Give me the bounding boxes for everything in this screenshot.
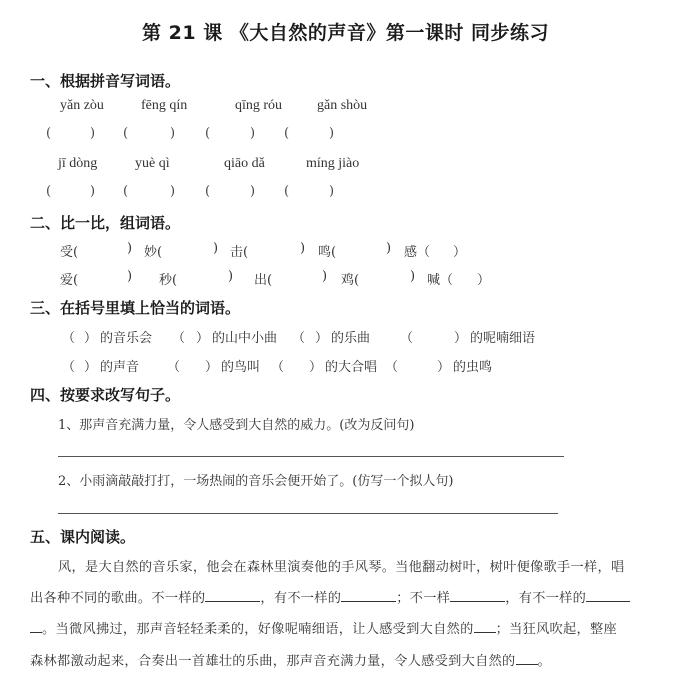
char-prompt: 击( [230,241,248,260]
reading-text: 出各种不同的歌曲。不一样的 [30,591,205,606]
paren-close: ） [309,356,322,375]
paren-open: （ [292,327,305,346]
answer-paren-open: ( [123,184,128,199]
reading-text: ，有不一样的 [505,591,586,606]
pinyin-item: yuè qì [135,156,170,172]
blank-5[interactable] [474,620,496,633]
answer-paren-open: ( [205,184,210,199]
blank-6[interactable] [516,652,538,665]
pinyin-item: gǎn shòu [317,98,367,114]
paren-open: （ [62,327,75,346]
char-prompt: 鸡( [341,269,359,288]
reading-text: 。 [538,654,552,669]
answer-paren-close: ) [170,126,175,141]
paren-close: ) [322,269,327,284]
paren-close: ） [477,269,490,288]
page-title: 第 21 课 《大自然的声音》第一课时 同步练习 [0,18,691,45]
phrase: 的乐曲 [331,327,370,346]
reading-line-3: 。当微风拂过，那声音轻轻柔柔的，好像呢喃细语，让人感受到大自然的；当狂风吹起，整… [30,618,617,637]
paren-close: ) [410,269,415,284]
rewrite-question-2: 2、小雨滴敲敲打打，一场热闹的音乐会便开始了。(仿写一个拟人句) [58,470,453,489]
pinyin-item: jī dòng [58,156,97,172]
paren-open: （ [400,327,413,346]
paren-open: （ [62,356,75,375]
section-3-heading: 三、在括号里填上恰当的词语。 [30,297,240,318]
paren-close: ) [228,269,233,284]
paren-close: ） [315,327,328,346]
reading-text: ；当狂风吹起，整座 [496,622,617,637]
paren-close: ） [454,327,467,346]
paren-close: ） [437,356,450,375]
phrase: 的大合唱 [325,356,377,375]
answer-paren-close: ) [90,184,95,199]
reading-text: ；不一样 [396,591,450,606]
answer-paren-open: ( [46,126,51,141]
paren-open: （ [167,356,180,375]
char-prompt: 妙( [144,241,162,260]
phrase: 的鸟叫 [221,356,260,375]
blank-4[interactable] [586,589,630,602]
paren-close: ） [205,356,218,375]
paren-close: ) [386,241,391,256]
paren-close: ) [300,241,305,256]
rewrite-question-1: 1、那声音充满力量，令人感受到大自然的威力。(改为反问句) [58,414,414,433]
blank-3[interactable] [450,589,505,602]
paren-close: ） [453,241,466,260]
phrase: 的山中小曲 [212,327,277,346]
phrase: 的呢喃细语 [470,327,535,346]
pinyin-item: yǎn zòu [60,98,104,114]
paren-close: ） [84,327,97,346]
pinyin-item: qiāo dǎ [224,156,265,172]
reading-text: 。当微风拂过，那声音轻轻柔柔的，好像呢喃细语，让人感受到大自然的 [42,622,474,637]
char-prompt: 出( [254,269,272,288]
answer-line-1[interactable] [58,456,564,457]
paren-open: （ [271,356,284,375]
pinyin-item: qīng róu [235,98,282,114]
reading-text: ，有不一样的 [260,591,341,606]
phrase: 的音乐会 [100,327,152,346]
char-prompt: 秒( [159,269,177,288]
paren-close: ) [127,269,132,284]
char-prompt: 受( [60,241,78,260]
answer-paren-close: ) [329,184,334,199]
paren-open: （ [172,327,185,346]
reading-line-2: 出各种不同的歌曲。不一样的，有不一样的；不一样，有不一样的 [30,587,630,606]
answer-paren-close: ) [170,184,175,199]
paren-close: ） [84,356,97,375]
paren-close: ) [127,241,132,256]
paren-close: ) [213,241,218,256]
char-prompt: 爱( [60,269,78,288]
paren-open: （ [385,356,398,375]
answer-paren-open: ( [284,184,289,199]
section-4-heading: 四、按要求改写句子。 [30,384,180,405]
reading-text: 森林都激动起来，合奏出一首雄壮的乐曲，那声音充满力量，令人感受到大自然的 [30,654,516,669]
char-prompt: 感（ [404,241,430,260]
pinyin-item: fēng qín [141,98,187,114]
paren-close: ） [196,327,209,346]
pinyin-item: míng jiào [306,156,359,172]
section-1-heading: 一、根据拼音写词语。 [30,70,180,91]
answer-paren-close: ) [90,126,95,141]
blank-1[interactable] [205,589,260,602]
section-2-heading: 二、比一比，组词语。 [30,212,180,233]
answer-paren-open: ( [123,126,128,141]
phrase: 的声音 [100,356,139,375]
reading-line-1: 风，是大自然的音乐家，他会在森林里演奏他的手风琴。当他翻动树叶，树叶便像歌手一样… [58,556,624,575]
answer-paren-open: ( [46,184,51,199]
answer-paren-close: ) [250,184,255,199]
answer-line-2[interactable] [58,513,558,514]
answer-paren-close: ) [329,126,334,141]
char-prompt: 喊（ [427,269,453,288]
reading-line-4: 森林都激动起来，合奏出一首雄壮的乐曲，那声音充满力量，令人感受到大自然的。 [30,650,551,669]
phrase: 的虫鸣 [453,356,492,375]
blank-2[interactable] [341,589,396,602]
answer-paren-close: ) [250,126,255,141]
answer-paren-open: ( [205,126,210,141]
section-5-heading: 五、课内阅读。 [30,526,135,547]
blank-4-continued[interactable] [30,620,42,633]
char-prompt: 鸣( [318,241,336,260]
answer-paren-open: ( [284,126,289,141]
